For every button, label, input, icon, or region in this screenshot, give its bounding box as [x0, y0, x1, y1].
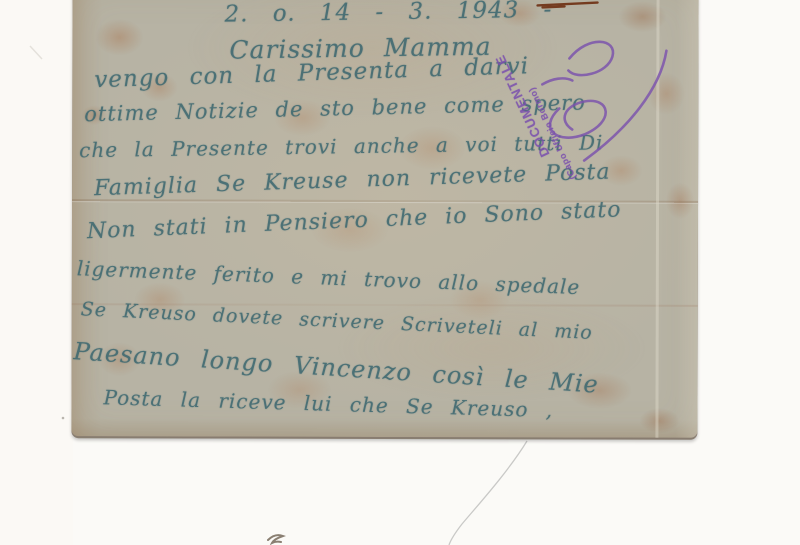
- hairline-scratch: [449, 441, 527, 545]
- letter-line: Se Kreuso dovete scrivere Scriveteli al …: [80, 298, 593, 344]
- vertical-fold: [655, 0, 659, 438]
- smudge-mark: [268, 535, 283, 543]
- letter-line: ligermente ferito e mi trovo allo spedal…: [76, 256, 580, 299]
- letter-line: Famiglia Se Kreuse non ricevete Posta: [94, 160, 611, 202]
- postcard: 2. o. 14 - 3. 1943 - Carissimo Mamma ven…: [71, 0, 698, 438]
- letter-line: vengo con la Presenta a darvi: [94, 53, 530, 93]
- scanned-page: 2. o. 14 - 3. 1943 - Carissimo Mamma ven…: [0, 0, 800, 545]
- letter-line: Non stati in Pensiero che io Sono stato: [86, 197, 621, 244]
- date-line: 2. o. 14 - 3. 1943 -: [224, 0, 552, 28]
- scanner-margin: [0, 0, 73, 545]
- letter-line: che la Presente trovi anche a voi tutti …: [79, 130, 604, 162]
